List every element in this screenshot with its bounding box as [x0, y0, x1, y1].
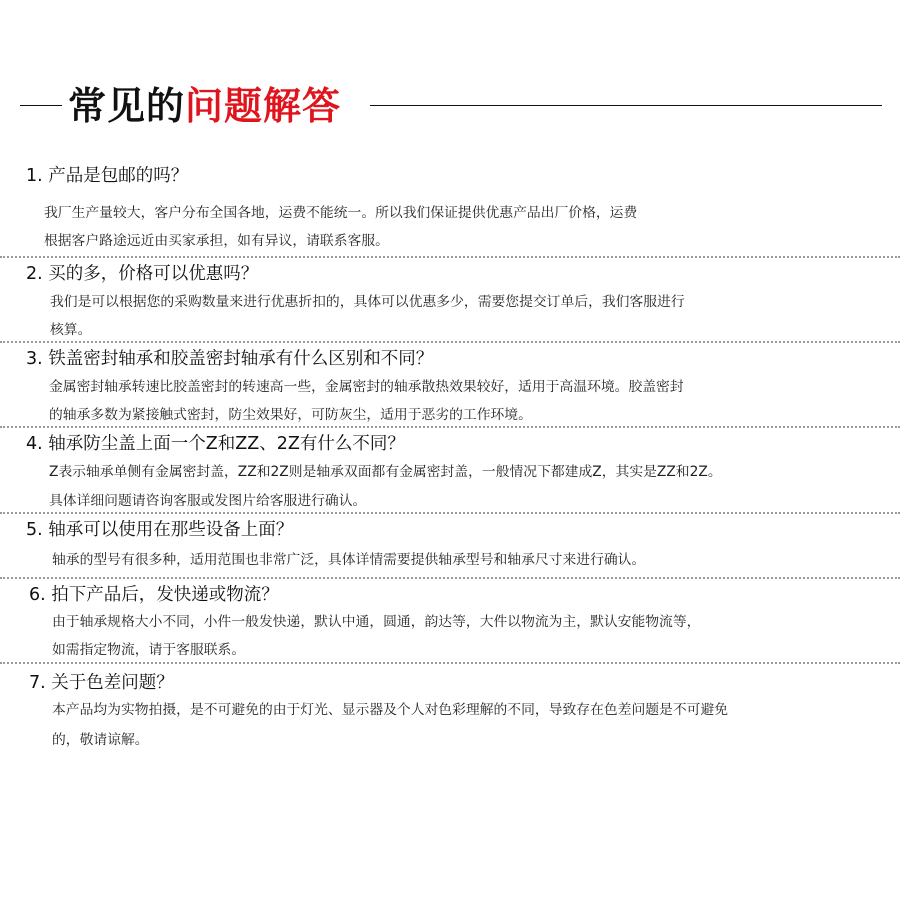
faq-question: 5. 轴承可以使用在那些设备上面？ [26, 518, 293, 542]
page-title-red: 问题解答 [185, 84, 341, 128]
faq-answer-line: 由于轴承规格大小不同，小件一般发快递，默认中通，圆通，韵达等，大件以物流为主，默… [52, 612, 700, 632]
faq-answer-line: 根据客户路途远近由买家承担，如有异议，请联系客服。 [44, 231, 389, 251]
dotted-separator [0, 341, 900, 343]
faq-question: 4. 轴承防尘盖上面一个Z和ZZ、2Z有什么不同？ [26, 432, 405, 456]
page-title-black: 常见的 [68, 84, 185, 128]
dotted-separator [0, 662, 900, 664]
page-title: 常见的问题解答 [68, 82, 341, 130]
faq-question: 7. 关于色差问题？ [29, 671, 174, 695]
page-header: 常见的问题解答 [0, 82, 900, 132]
faq-answer-line: 金属密封轴承转速比胶盖密封的转速高一些，金属密封的轴承散热效果较好，适用于高温环… [49, 377, 684, 397]
faq-answer-line: 轴承的型号有很多种，适用范围也非常广泛，具体详情需要提供轴承型号和轴承尺寸来进行… [52, 550, 645, 570]
faq-answer-line: 本产品均为实物拍摄，是不可避免的由于灯光、显示器及个人对色彩理解的不同，导致存在… [52, 700, 728, 720]
dotted-separator [0, 577, 900, 579]
dotted-separator [0, 256, 900, 258]
header-divider-left [20, 105, 62, 106]
faq-answer-line: 的轴承多数为紧接触式密封，防尘效果好，可防灰尘，适用于恶劣的工作环境。 [49, 405, 532, 425]
faq-answer-line: Z表示轴承单侧有金属密封盖，ZZ和2Z则是轴承双面都有金属密封盖，一般情况下都建… [49, 462, 722, 482]
dotted-separator [0, 512, 900, 514]
faq-question: 6. 拍下产品后，发快递或物流？ [29, 583, 279, 607]
faq-answer-line: 我们是可以根据您的采购数量来进行优惠折扣的，具体可以优惠多少，需要您提交订单后，… [50, 292, 685, 312]
faq-answer-line: 的，敬请谅解。 [52, 730, 149, 750]
faq-answer-line: 我厂生产量较大，客户分布全国各地，运费不能统一。所以我们保证提供优惠产品出厂价格… [44, 203, 637, 223]
faq-question: 3. 铁盖密封轴承和胶盖密封轴承有什么区别和不同？ [26, 347, 433, 371]
faq-question: 2. 买的多，价格可以优惠吗？ [26, 262, 258, 286]
faq-answer-line: 如需指定物流，请于客服联系。 [52, 640, 245, 660]
faq-answer-line: 具体详细问题请咨询客服或发图片给客服进行确认。 [49, 491, 366, 511]
faq-question: 1. 产品是包邮的吗？ [26, 164, 188, 188]
dotted-separator [0, 426, 900, 428]
header-divider-right [370, 105, 882, 106]
faq-answer-line: 核算。 [50, 320, 91, 340]
